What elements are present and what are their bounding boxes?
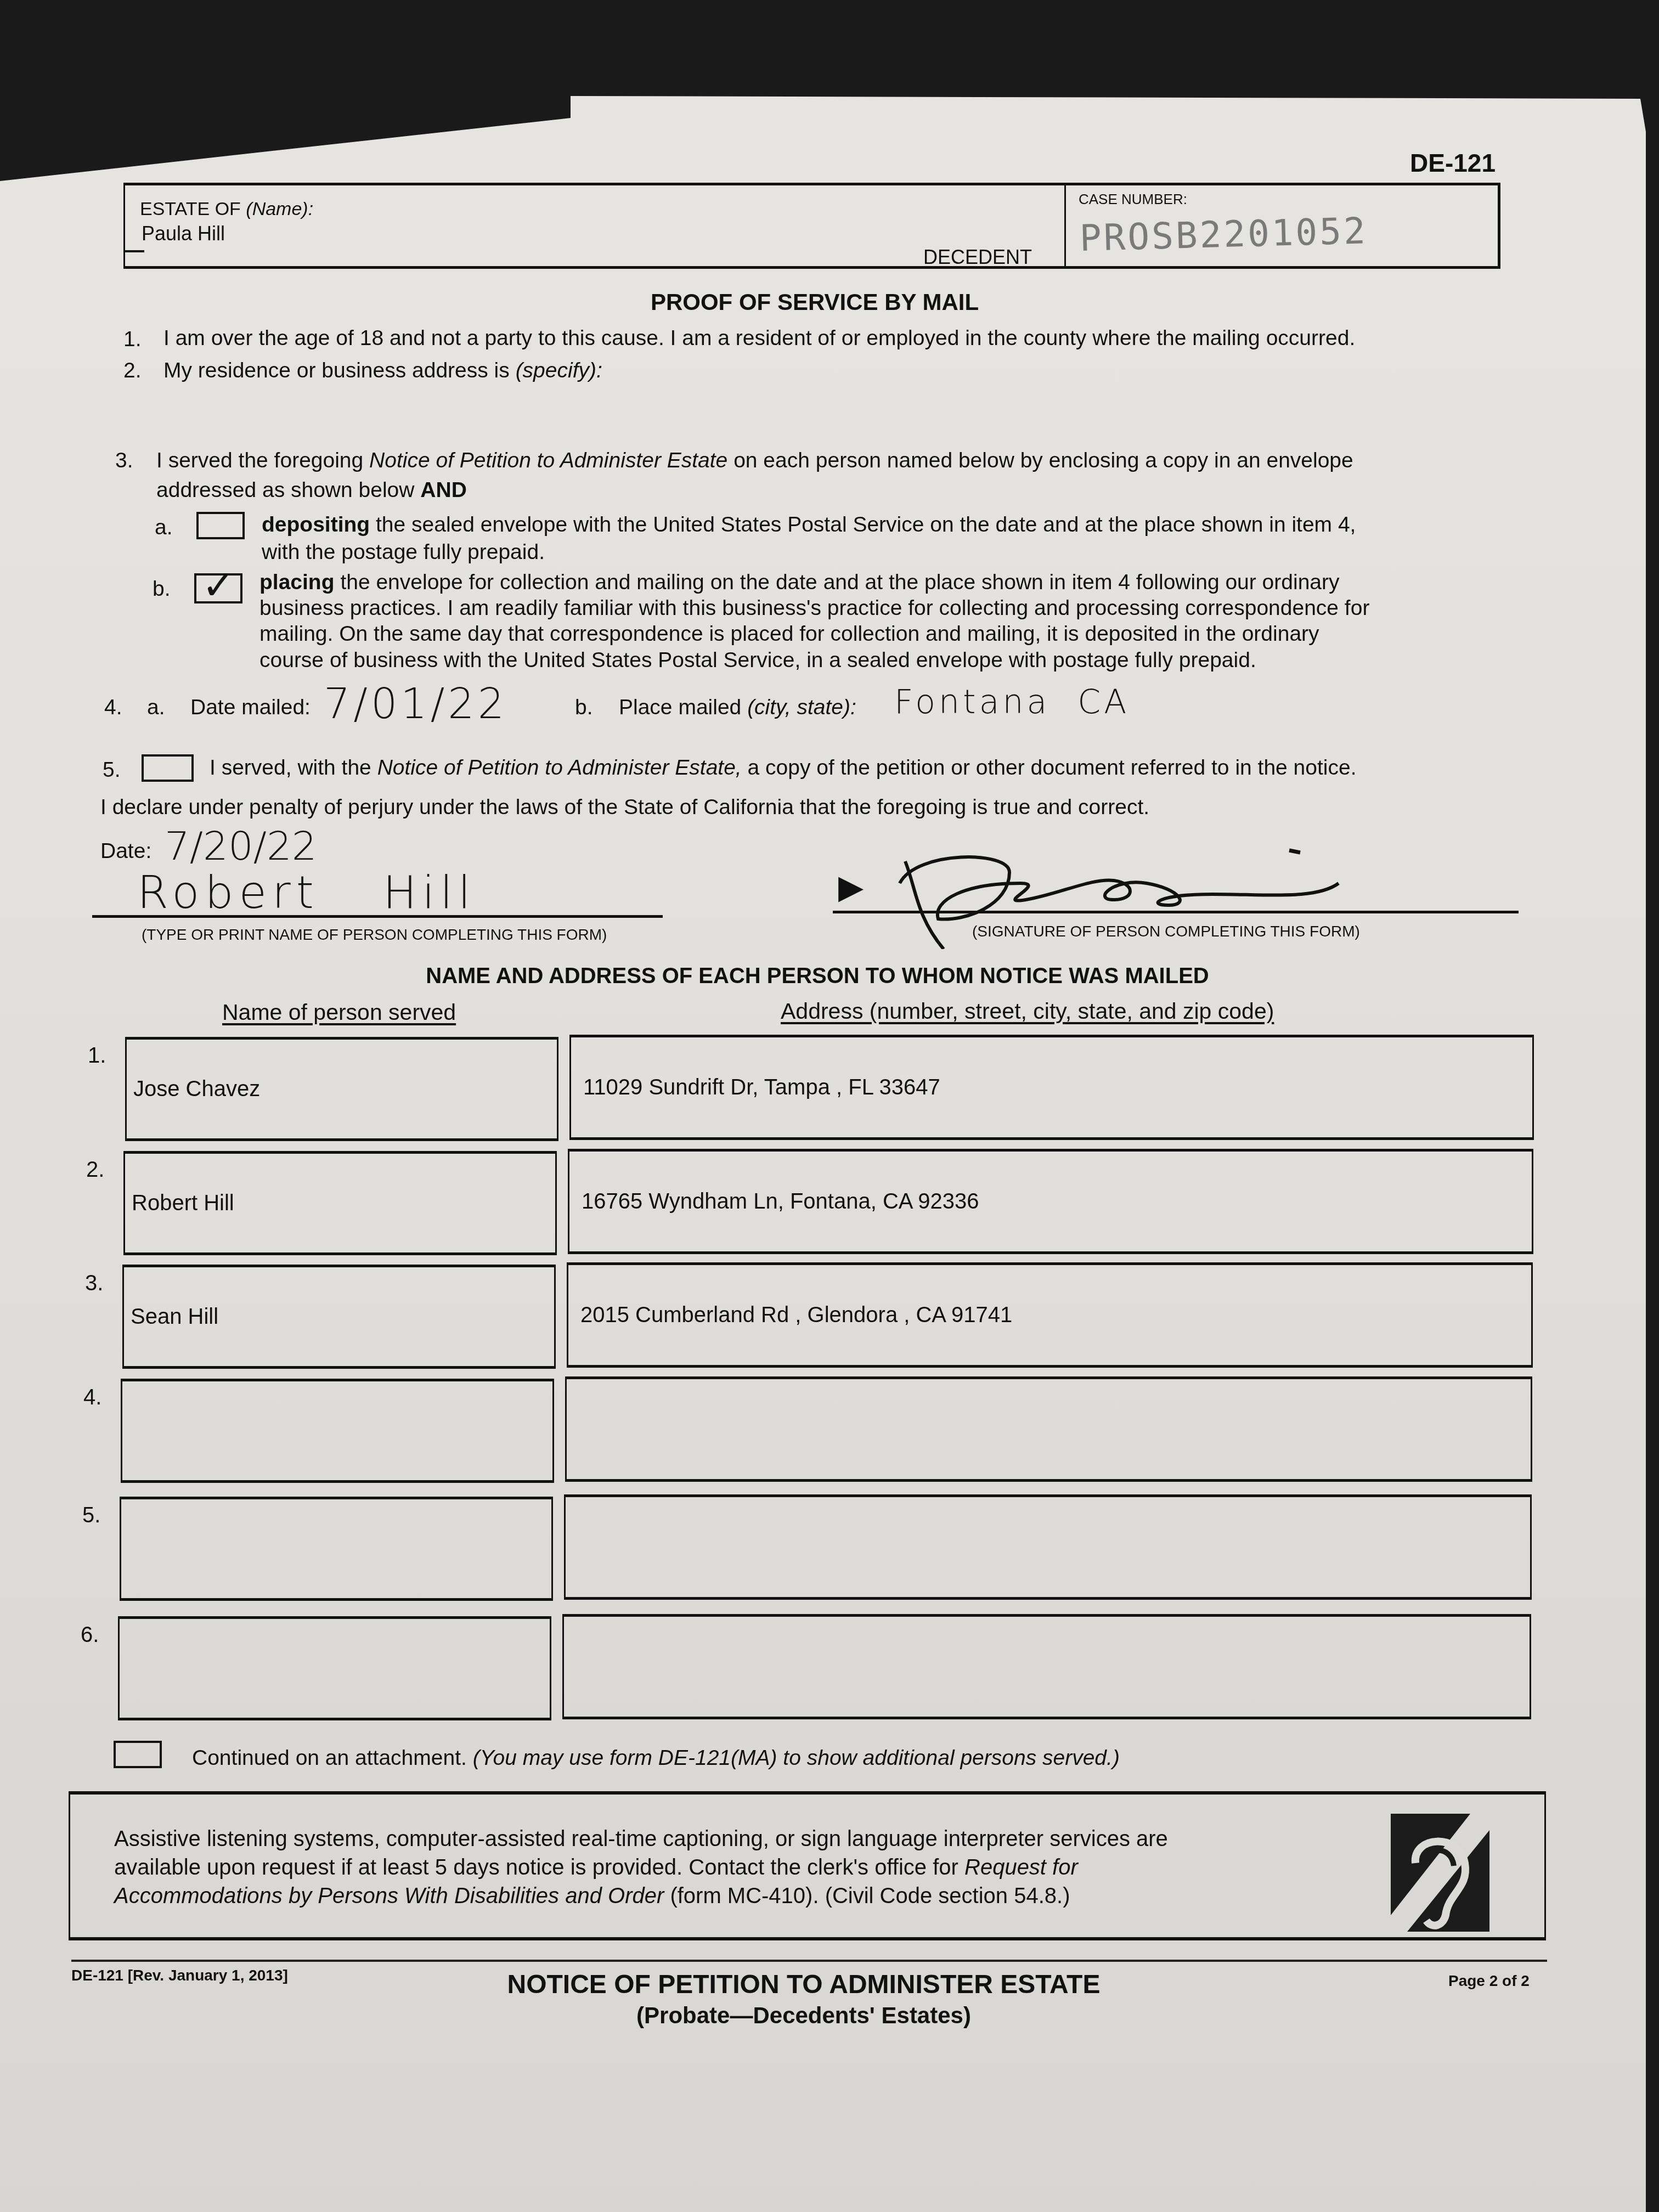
- item5-text: I served, with the Notice of Petition to…: [210, 756, 1357, 780]
- caption-divider: [1064, 185, 1066, 266]
- estate-label: ESTATE OF (Name):: [140, 199, 313, 220]
- item5-text-b: a copy of the petition or other document…: [748, 756, 1357, 780]
- declaration-date-label: Date:: [100, 839, 151, 864]
- item4-number: 4.: [104, 696, 122, 720]
- accessibility-line1: Assistive listening systems, computer-as…: [114, 1825, 1403, 1853]
- served-name-field[interactable]: [118, 1616, 551, 1720]
- date-mailed-field[interactable]: 7/01/22: [324, 679, 507, 728]
- item3-notice-title: Notice of Petition to Administer Estate: [369, 449, 727, 472]
- item3-line2: addressed as shown below AND: [156, 478, 467, 503]
- served-address-field[interactable]: 2015 Cumberland Rd , Glendora , CA 91741: [567, 1262, 1533, 1368]
- item3a-text: the sealed envelope with the United Stat…: [376, 513, 1356, 537]
- row-number: 5.: [82, 1503, 100, 1528]
- placing-checkbox[interactable]: ✓: [194, 573, 242, 603]
- item3b-bold: placing: [259, 571, 335, 594]
- item3b-line4: course of business with the United State…: [259, 648, 1256, 673]
- form-title: PROOF OF SERVICE BY MAIL: [0, 289, 1629, 315]
- served-address-field[interactable]: [564, 1494, 1532, 1600]
- served-name-text: Jose Chavez: [133, 1077, 260, 1102]
- checkmark-icon: ✓: [202, 563, 235, 607]
- item3b-line1: placing the envelope for collection and …: [259, 571, 1340, 595]
- item3a-line1: depositing the sealed envelope with the …: [262, 513, 1356, 537]
- decedent-label: DECEDENT: [923, 246, 1032, 269]
- item4a-letter: a.: [147, 696, 165, 720]
- item3b-line3: mailing. On the same day that correspond…: [259, 622, 1319, 646]
- accessibility-form-name: Accommodations by Persons With Disabilit…: [114, 1884, 664, 1908]
- served-name-text: Robert Hill: [132, 1191, 234, 1216]
- accessibility-notice: Assistive listening systems, computer-as…: [69, 1791, 1546, 1940]
- item5-number: 5.: [103, 758, 121, 782]
- accessibility-text: Assistive listening systems, computer-as…: [114, 1825, 1403, 1910]
- item5-text-a: I served, with the: [210, 756, 371, 780]
- signature-arrow-icon: ▶: [838, 868, 864, 906]
- page-number: Page 2 of 2: [1448, 1972, 1530, 1990]
- item5-notice-title: Notice of Petition to Administer Estate,: [377, 756, 742, 780]
- caption-tick: [125, 250, 144, 252]
- served-name-text: Sean Hill: [131, 1305, 218, 1329]
- accessibility-line2-italic: Request for: [964, 1855, 1078, 1880]
- column-header-name: Name of person served: [222, 1000, 456, 1025]
- accessibility-line2-text: available upon request if at least 5 day…: [114, 1855, 958, 1880]
- place-mailed-text: Place mailed: [619, 696, 741, 719]
- served-table-title: NAME AND ADDRESS OF EACH PERSON TO WHOM …: [0, 964, 1635, 989]
- served-name-field[interactable]: [120, 1497, 553, 1601]
- printed-name-caption: (TYPE OR PRINT NAME OF PERSON COMPLETING…: [142, 926, 607, 944]
- served-address-text: 16765 Wyndham Ln, Fontana, CA 92336: [582, 1189, 979, 1214]
- item3a-letter: a.: [155, 516, 173, 540]
- printed-name-field[interactable]: Robert Hill: [137, 867, 476, 919]
- column-header-address: Address (number, street, city, state, an…: [781, 998, 1274, 1024]
- continued-note: (You may use form DE-121(MA) to show add…: [473, 1746, 1120, 1770]
- item3a-bold: depositing: [262, 513, 370, 537]
- item3a-line2: with the postage fully prepaid.: [262, 540, 545, 565]
- footer-title: NOTICE OF PETITION TO ADMINISTER ESTATE …: [0, 1970, 1607, 2031]
- estate-name-field[interactable]: Paula Hill: [142, 222, 225, 245]
- caption-box: ESTATE OF (Name): Paula Hill DECEDENT CA…: [123, 183, 1500, 269]
- continued-checkbox[interactable]: [114, 1741, 162, 1768]
- accessibility-line3-text: (form MC-410). (Civil Code section 54.8.…: [670, 1884, 1070, 1908]
- accessibility-line3: Accommodations by Persons With Disabilit…: [114, 1882, 1403, 1910]
- address-field[interactable]: [163, 392, 1480, 425]
- row-number: 2.: [86, 1158, 104, 1182]
- place-mailed-label: Place mailed (city, state):: [619, 696, 856, 720]
- signature-line: [833, 911, 1519, 913]
- served-name-field[interactable]: Jose Chavez: [125, 1037, 558, 1141]
- item2-label: My residence or business address is: [163, 359, 510, 382]
- row-number: 1.: [88, 1043, 106, 1068]
- date-mailed-label: Date mailed:: [190, 696, 311, 720]
- served-address-text: 11029 Sundrift Dr, Tampa , FL 33647: [583, 1075, 940, 1100]
- item3-text-b: on each person named below by enclosing …: [733, 449, 1353, 472]
- accessibility-line2: available upon request if at least 5 day…: [114, 1853, 1403, 1882]
- item1-number: 1.: [123, 328, 142, 352]
- item2-number: 2.: [123, 359, 142, 383]
- served-name-field[interactable]: Robert Hill: [123, 1151, 557, 1255]
- depositing-checkbox[interactable]: [196, 512, 245, 539]
- item3b-letter: b.: [153, 577, 171, 601]
- item3b-text: the envelope for collection and mailing …: [340, 571, 1339, 594]
- row-number: 4.: [83, 1385, 101, 1410]
- continued-text: Continued on an attachment. (You may use…: [192, 1746, 1120, 1770]
- item3-text-a: I served the foregoing: [156, 449, 363, 472]
- served-name-field[interactable]: [121, 1379, 554, 1483]
- row-number: 3.: [85, 1271, 103, 1296]
- place-mailed-field[interactable]: Fontana CA: [894, 683, 1130, 721]
- signature-caption: (SIGNATURE OF PERSON COMPLETING THIS FOR…: [972, 923, 1360, 940]
- declaration-text: I declare under penalty of perjury under…: [100, 795, 1149, 820]
- form-id: DE-121: [1410, 148, 1496, 178]
- printed-name-line: [92, 915, 663, 918]
- footer-rule: [71, 1960, 1547, 1962]
- estate-label-text: ESTATE OF: [140, 199, 241, 219]
- hearing-assistance-icon: [1388, 1811, 1492, 1934]
- item5-checkbox[interactable]: [142, 754, 194, 782]
- case-number-label: CASE NUMBER:: [1079, 191, 1187, 208]
- row-number: 6.: [81, 1623, 99, 1647]
- item3-number: 3.: [115, 449, 133, 473]
- served-address-field[interactable]: [565, 1376, 1532, 1482]
- footer-subtitle: (Probate—Decedents' Estates): [0, 2000, 1607, 2031]
- served-name-field[interactable]: Sean Hill: [122, 1265, 556, 1369]
- item2-text: My residence or business address is (spe…: [163, 359, 602, 383]
- served-address-field[interactable]: 11029 Sundrift Dr, Tampa , FL 33647: [569, 1035, 1534, 1140]
- item3b-line2: business practices. I am readily familia…: [259, 596, 1369, 620]
- item2-italic: (specify):: [516, 359, 602, 382]
- item3-line1: I served the foregoing Notice of Petitio…: [156, 449, 1353, 473]
- item4b-letter: b.: [575, 696, 593, 720]
- declaration-date-field[interactable]: 7/20/22: [165, 823, 317, 869]
- estate-label-italic: (Name):: [246, 199, 313, 219]
- footer-title-main: NOTICE OF PETITION TO ADMINISTER ESTATE: [0, 1970, 1607, 2000]
- served-address-field[interactable]: 16765 Wyndham Ln, Fontana, CA 92336: [568, 1149, 1533, 1254]
- item1-text: I am over the age of 18 and not a party …: [163, 326, 1355, 351]
- item3-and: AND: [420, 478, 467, 502]
- place-mailed-italic: (city, state):: [747, 696, 856, 719]
- served-address-text: 2015 Cumberland Rd , Glendora , CA 91741: [580, 1303, 1012, 1328]
- item3-line2-text: addressed as shown below: [156, 478, 414, 502]
- case-number-stamp[interactable]: PROSB2201052: [1079, 210, 1368, 259]
- served-address-field[interactable]: [562, 1614, 1531, 1719]
- continued-label: Continued on an attachment.: [192, 1746, 467, 1770]
